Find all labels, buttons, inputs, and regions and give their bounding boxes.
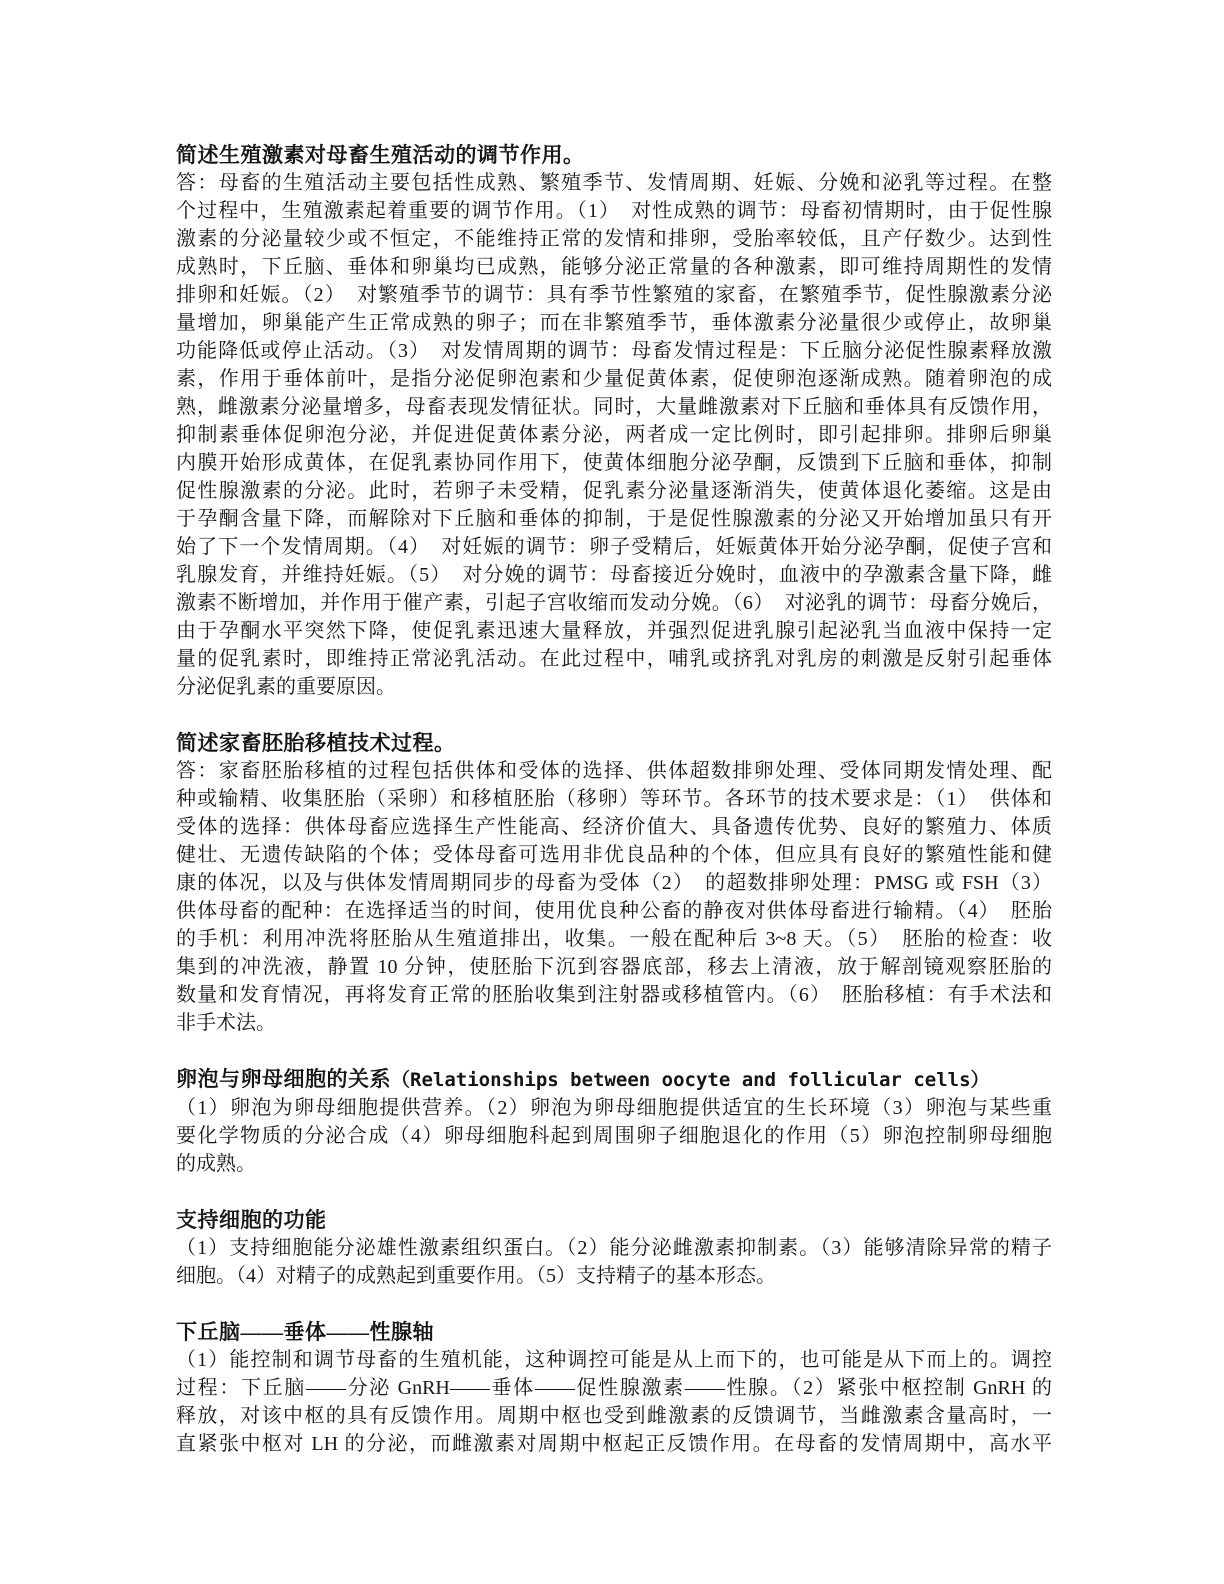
section-follicle-oocyte-relationship: 卵泡与卵母细胞的关系（Relationships between oocyte … [176,1065,1052,1178]
text-line: 功能降低或停止活动。（3） 对发情周期的调节：母畜发情过程是：下丘脑分泌促性腺素… [176,337,1052,365]
text-line: 分泌促乳素的重要原因。 [176,673,1052,701]
text-line: 乳腺发育，并维持妊娠。（5） 对分娩的调节：母畜接近分娩时，血液中的孕激素含量下… [176,561,1052,589]
heading-zh: 卵泡与卵母细胞的关系 [176,1067,391,1091]
text-line: 由于孕酮水平突然下降，使促乳素迅速大量释放，并强烈促进乳腺引起泌乳当血液中保持一… [176,617,1052,645]
text-line: 促性腺激素的分泌。此时，若卵子未受精，促乳素分泌量逐渐消失，使黄体退化萎缩。这是… [176,477,1052,505]
text-line: 激素不断增加，并作用于催产素，引起子宫收缩而发动分娩。（6） 对泌乳的调节：母畜… [176,589,1052,617]
text-line: 的手机：利用冲洗将胚胎从生殖道排出，收集。一般在配种后 3~8 天。（5） 胚胎… [176,925,1052,953]
text-line: （1）卵泡为卵母细胞提供营养。（2）卵泡为卵母细胞提供适宜的生长环境（3）卵泡与… [176,1094,1052,1122]
text-line: （1）支持细胞能分泌雄性激素组织蛋白。（2）能分泌雌激素抑制素。（3）能够清除异… [176,1234,1052,1262]
text-line: 康的体况，以及与供体发情周期同步的母畜为受体（2） 的超数排卵处理：PMSG 或… [176,869,1052,897]
text-line: 受体的选择：供体母畜应选择生产性能高、经济价值大、具备遗传优势、良好的繁殖力、体… [176,813,1052,841]
text-line: 释放，对该中枢的具有反馈作用。周期中枢也受到雌激素的反馈调节，当雌激素含量高时，… [176,1402,1052,1430]
text-line: 内膜开始形成黄体，在促乳素协同作用下，使黄体细胞分泌孕酮，反馈到下丘脑和垂体，抑… [176,449,1052,477]
text-line: 供体母畜的配种：在选择适当的时间，使用优良种公畜的静夜对供体母畜进行输精。（4）… [176,897,1052,925]
text-line: 始了下一个发情周期。（4） 对妊娠的调节：卵子受精后，妊娠黄体开始分泌孕酮，促使… [176,533,1052,561]
section-heading: 下丘脑——垂体——性腺轴 [176,1318,1052,1346]
section-heading: 简述家畜胚胎移植技术过程。 [176,729,1052,757]
text-line: 答：母畜的生殖活动主要包括性成熟、繁殖季节、发情周期、妊娠、分娩和泌乳等过程。在… [176,169,1052,197]
section-heading: 支持细胞的功能 [176,1206,1052,1234]
heading-en: （Relationships between oocyte and follic… [391,1069,990,1091]
text-line: 成熟时，下丘脑、垂体和卵巢均已成熟，能够分泌正常量的各种激素，即可维持周期性的发… [176,253,1052,281]
text-line: 排卵和妊娠。（2） 对繁殖季节的调节：具有季节性繁殖的家畜，在繁殖季节，促性腺激… [176,281,1052,309]
text-line: 的成熟。 [176,1150,1052,1178]
text-line: 要化学物质的分泌合成（4）卵母细胞科起到周围卵子细胞退化的作用（5）卵泡控制卵母… [176,1122,1052,1150]
text-line: 量增加，卵巢能产生正常成熟的卵子；而在非繁殖季节，垂体激素分泌量很少或停止，故卵… [176,309,1052,337]
section-heading: 简述生殖激素对母畜生殖活动的调节作用。 [176,141,1052,169]
text-line: 个过程中，生殖激素起着重要的调节作用。（1） 对性成熟的调节：母畜初情期时，由于… [176,197,1052,225]
section-embryo-transfer: 简述家畜胚胎移植技术过程。 答：家畜胚胎移植的过程包括供体和受体的选择、供体超数… [176,729,1052,1037]
document-page: 简述生殖激素对母畜生殖活动的调节作用。 答：母畜的生殖活动主要包括性成熟、繁殖季… [0,0,1224,1584]
text-line: 于孕酮含量下降，而解除对下丘脑和垂体的抑制，于是促性腺激素的分泌又开始增加虽只有… [176,505,1052,533]
text-line: 素，作用于垂体前叶，是指分泌促卵泡素和少量促黄体素，促使卵泡逐渐成熟。随着卵泡的… [176,365,1052,393]
section-sertoli-cell-function: 支持细胞的功能 （1）支持细胞能分泌雄性激素组织蛋白。（2）能分泌雌激素抑制素。… [176,1206,1052,1290]
section-hormone-regulation: 简述生殖激素对母畜生殖活动的调节作用。 答：母畜的生殖活动主要包括性成熟、繁殖季… [176,141,1052,701]
text-line: 熟，雌激素分泌量增多，母畜表现发情征状。同时，大量雌激素对下丘脑和垂体具有反馈作… [176,393,1052,421]
section-hypothalamus-pituitary-gonad-axis: 下丘脑——垂体——性腺轴 （1）能控制和调节母畜的生殖机能，这种调控可能是从上而… [176,1318,1052,1458]
text-line: 抑制素垂体促卵泡分泌，并促进促黄体素分泌，两者成一定比例时，即引起排卵。排卵后卵… [176,421,1052,449]
text-line: 种或输精、收集胚胎（采卵）和移植胚胎（移卵）等环节。各环节的技术要求是：（1） … [176,785,1052,813]
text-line: 非手术法。 [176,1009,1052,1037]
text-line: 集到的冲洗液，静置 10 分钟，使胚胎下沉到容器底部，移去上清液，放于解剖镜观察… [176,953,1052,981]
text-line: 过程：下丘脑——分泌 GnRH——垂体——促性腺激素——性腺。（2）紧张中枢控制… [176,1374,1052,1402]
text-line: 健壮、无遗传缺陷的个体；受体母畜可选用非优良品种的个体，但应具有良好的繁殖性能和… [176,841,1052,869]
document-content: 简述生殖激素对母畜生殖活动的调节作用。 答：母畜的生殖活动主要包括性成熟、繁殖季… [176,141,1052,1458]
text-line: 数量和发育情况，再将发育正常的胚胎收集到注射器或移植管内。（6） 胚胎移植：有手… [176,981,1052,1009]
text-line: 激素的分泌量较少或不恒定，不能维持正常的发情和排卵，受胎率较低，且产仔数少。达到… [176,225,1052,253]
section-heading: 卵泡与卵母细胞的关系（Relationships between oocyte … [176,1065,1052,1094]
text-line: 量的促乳素时，即维持正常泌乳活动。在此过程中，哺乳或挤乳对乳房的刺激是反射引起垂… [176,645,1052,673]
text-line: 答：家畜胚胎移植的过程包括供体和受体的选择、供体超数排卵处理、受体同期发情处理、… [176,757,1052,785]
text-line: （1）能控制和调节母畜的生殖机能，这种调控可能是从上而下的，也可能是从下而上的。… [176,1346,1052,1374]
text-line: 直紧张中枢对 LH 的分泌，而雌激素对周期中枢起正反馈作用。在母畜的发情周期中，… [176,1430,1052,1458]
text-line: 细胞。（4）对精子的成熟起到重要作用。（5）支持精子的基本形态。 [176,1262,1052,1290]
